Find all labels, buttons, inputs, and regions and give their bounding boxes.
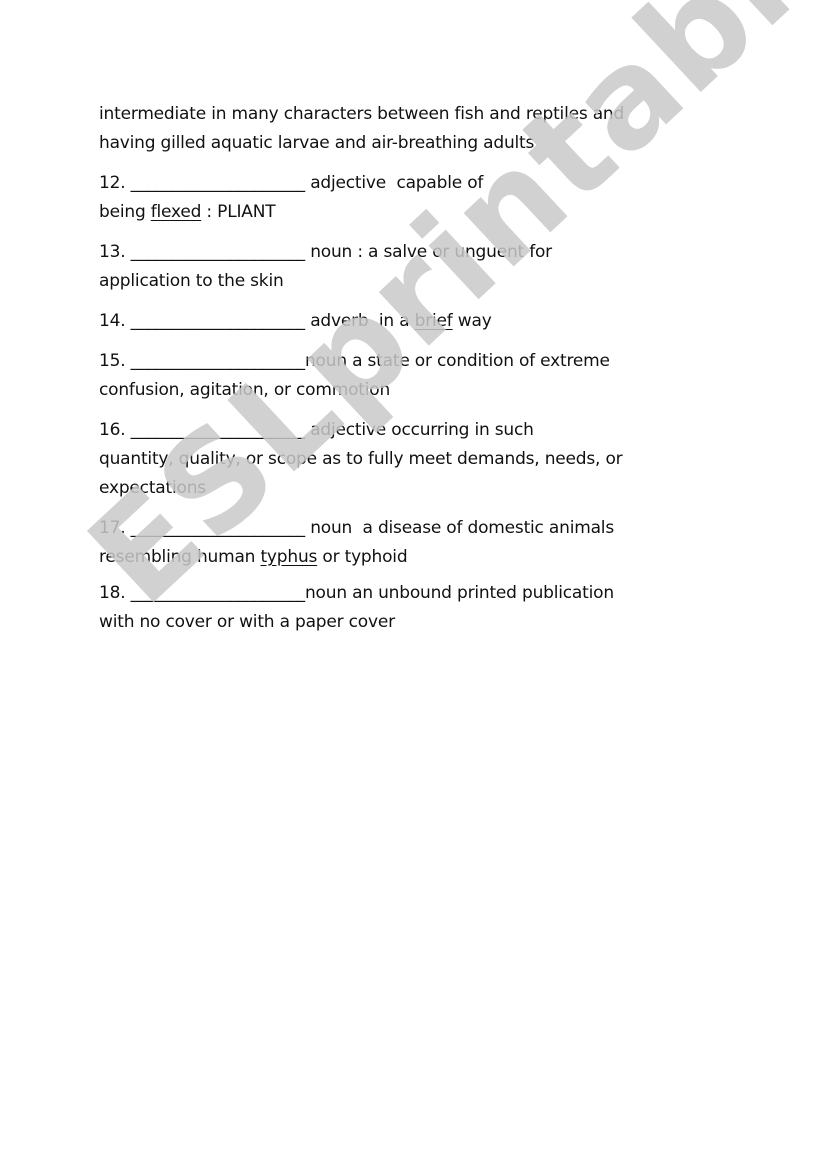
definition-text: noun : a salve or unguent for bbox=[310, 242, 552, 262]
definition-text: adjective occurring in such bbox=[310, 420, 534, 440]
vocab-item-14: 14. _____________________ adverb in a br… bbox=[99, 307, 739, 336]
definition-text: noun a state or condition of extreme bbox=[305, 351, 610, 371]
answer-blank[interactable]: _____________________ bbox=[131, 351, 305, 371]
item-number: 12. bbox=[99, 173, 125, 193]
underlined-word: flexed bbox=[151, 202, 201, 222]
definition-text: with no cover or with a paper cover bbox=[99, 608, 739, 637]
answer-blank[interactable]: _____________________ bbox=[131, 173, 305, 193]
definition-text: adverb in a bbox=[310, 311, 414, 331]
definition-text: quantity, quality, or scope as to fully … bbox=[99, 445, 739, 474]
vocab-item-17: 17. _____________________ noun a disease… bbox=[99, 514, 739, 572]
item-number: 14. bbox=[99, 311, 125, 331]
definition-text: being bbox=[99, 202, 151, 222]
worksheet-page: intermediate in many characters between … bbox=[0, 0, 821, 1161]
item-number: 13. bbox=[99, 242, 125, 262]
vocab-item-18: 18. _____________________noun an unbound… bbox=[99, 579, 739, 637]
definition-text: or typhoid bbox=[317, 547, 407, 567]
intro-line: having gilled aquatic larvae and air-bre… bbox=[99, 129, 739, 158]
definition-text: expectations bbox=[99, 474, 739, 503]
underlined-word: typhus bbox=[260, 547, 317, 567]
answer-blank[interactable]: _____________________ bbox=[131, 420, 305, 440]
definition-text: application to the skin bbox=[99, 267, 739, 296]
definition-text: way bbox=[453, 311, 492, 331]
item-number: 15. bbox=[99, 351, 125, 371]
answer-blank[interactable]: _____________________ bbox=[131, 311, 305, 331]
definition-text: resembling human bbox=[99, 547, 260, 567]
vocab-item-13: 13. _____________________ noun : a salve… bbox=[99, 238, 739, 296]
vocab-item-16: 16. _____________________ adjective occu… bbox=[99, 416, 739, 503]
definition-text: noun a disease of domestic animals bbox=[310, 518, 614, 538]
definition-text: confusion, agitation, or commotion bbox=[99, 376, 739, 405]
vocab-item-12: 12. _____________________ adjective capa… bbox=[99, 169, 739, 227]
answer-blank[interactable]: _____________________ bbox=[131, 518, 305, 538]
definition-text: : PLIANT bbox=[201, 202, 275, 222]
item-number: 17. bbox=[99, 518, 125, 538]
item-number: 18. bbox=[99, 583, 125, 603]
definition-text: adjective capable of bbox=[310, 173, 483, 193]
vocab-item-15: 15. _____________________noun a state or… bbox=[99, 347, 739, 405]
item-number: 16. bbox=[99, 420, 125, 440]
definition-text: noun an unbound printed publication bbox=[305, 583, 614, 603]
answer-blank[interactable]: _____________________ bbox=[131, 242, 305, 262]
underlined-word: brief bbox=[415, 311, 453, 331]
answer-blank[interactable]: _____________________ bbox=[131, 583, 305, 603]
worksheet-text: intermediate in many characters between … bbox=[99, 100, 739, 637]
intro-line: intermediate in many characters between … bbox=[99, 100, 739, 129]
